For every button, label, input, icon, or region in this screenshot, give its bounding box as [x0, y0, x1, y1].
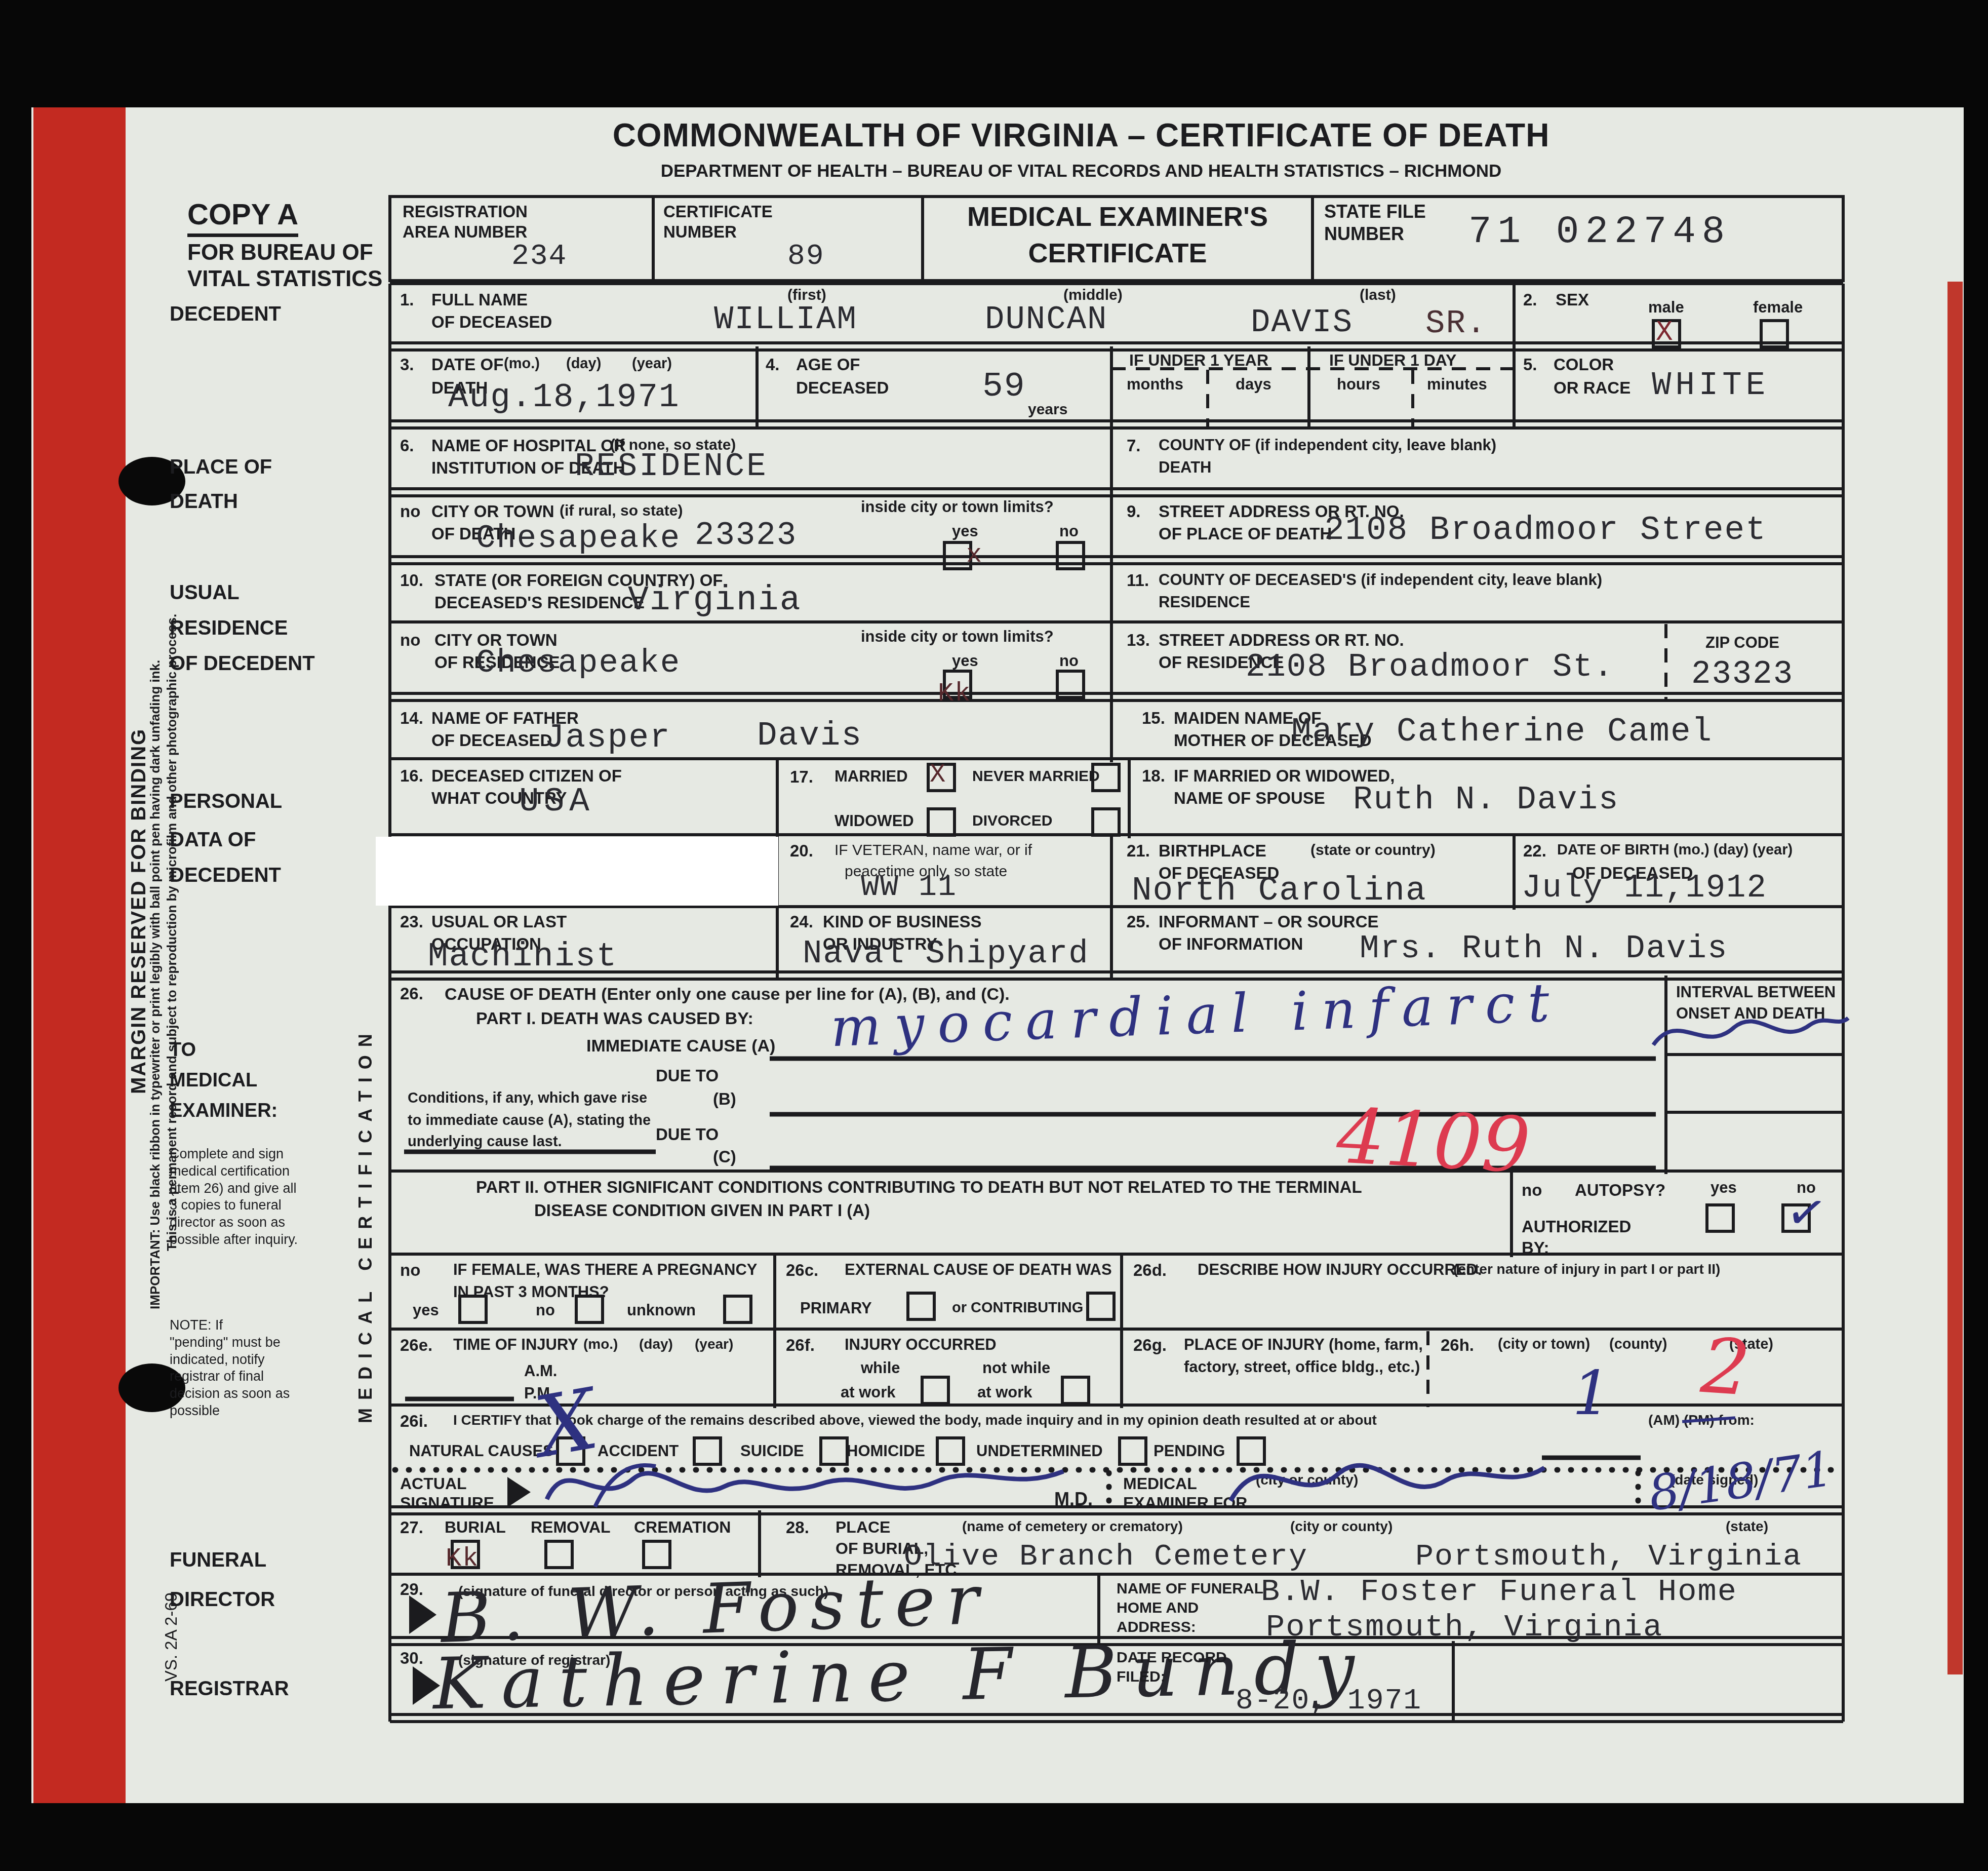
undetermined-checkbox [1118, 1436, 1147, 1466]
field7-label2: DEATH [1159, 459, 1211, 477]
field26h-city: (city or town) [1498, 1336, 1590, 1352]
field26b-label1: IF FEMALE, WAS THERE A PREGNANCY [453, 1261, 758, 1279]
field4-label1: AGE OF [796, 356, 860, 374]
field26f-label: INJURY OCCURRED [845, 1336, 997, 1354]
field26e-mo: (mo.) [583, 1336, 618, 1352]
field26b-number: no [400, 1261, 420, 1280]
burial-state-heading: (state) [1726, 1518, 1768, 1534]
field8-number: no [400, 502, 420, 521]
burial-city-heading: (city or county) [1290, 1518, 1393, 1534]
field10-number: 10. [400, 571, 423, 590]
funeral-home-name: B.W. Foster Funeral Home [1261, 1576, 1737, 1608]
field26d-number: 26d. [1133, 1261, 1167, 1280]
citizen-of-value: USA [519, 785, 594, 818]
cremation-checkbox [642, 1540, 671, 1569]
middle-name-heading: (middle) [1063, 287, 1123, 304]
age-value: 59 [982, 370, 1026, 404]
cause-c-label: (C) [713, 1148, 736, 1166]
medical-label: MEDICAL [1123, 1475, 1197, 1493]
part2-heading1: PART II. OTHER SIGNIFICANT CONDITIONS CO… [476, 1178, 1362, 1197]
married-mark: X [930, 762, 946, 788]
signature-arrow-icon [507, 1477, 531, 1507]
redacted-field19 [376, 837, 778, 906]
field26a-number: no [1522, 1181, 1542, 1200]
pregnancy-unknown-checkbox [723, 1295, 752, 1324]
field13-label1: STREET ADDRESS OR RT. NO. [1159, 631, 1404, 650]
removal-checkbox [544, 1540, 574, 1569]
zip-code-value: 23323 [1691, 658, 1794, 691]
section-data-of: DATA OF [170, 829, 256, 851]
copy-a-label: COPY A [187, 199, 298, 237]
industry-value: Naval Shipyard [803, 938, 1089, 970]
certificate-number: 89 [787, 242, 825, 271]
field26f-number: 26f. [786, 1336, 815, 1355]
section-decedent: DECEDENT [170, 303, 281, 326]
field1-label2: OF DECEASED [431, 313, 552, 332]
removal-label: REMOVAL [531, 1518, 611, 1537]
funeral-home-label1: NAME OF FUNERAL [1117, 1580, 1263, 1597]
field11-label2: RESIDENCE [1159, 594, 1250, 611]
while-at-work-checkbox [921, 1376, 950, 1405]
medical-certification-vertical: MEDICAL CERTIFICATION [355, 1026, 376, 1423]
certificate-number-label2: NUMBER [663, 223, 737, 242]
field18-label2: NAME OF SPOUSE [1174, 789, 1325, 808]
field26h-handwriting: 2 [1699, 1328, 1753, 1407]
field24-number: 24. [790, 913, 813, 931]
while-at-work-label: at work [841, 1384, 896, 1401]
funeral-director-arrow-icon [409, 1595, 436, 1634]
field14-label2: OF DECEASED [431, 731, 552, 750]
last-name-value: DAVIS [1251, 307, 1353, 339]
female-label: female [1753, 299, 1803, 317]
registration-area-label2: AREA NUMBER [403, 223, 527, 242]
field8-label1: CITY OR TOWN [431, 502, 554, 521]
field6-number: 6. [400, 437, 414, 455]
pregnancy-no-checkbox [575, 1295, 604, 1324]
field27-number: 27. [400, 1518, 423, 1537]
cemetery-heading: (name of cemetery or crematory) [962, 1518, 1183, 1534]
field8-yes-mark: x [966, 542, 983, 568]
field26g-label2: factory, street, office bldg., etc.) [1184, 1358, 1420, 1376]
signature-label: SIGNATURE [400, 1494, 494, 1512]
section-to-medical: MEDICAL [170, 1070, 257, 1092]
mother-maiden-name-value: Mary Catherine Camel [1291, 715, 1713, 749]
conditions-line2: to immediate cause (A), stating the [408, 1112, 651, 1128]
section-usual: USUAL [170, 581, 240, 604]
pregnancy-yes-checkbox [458, 1295, 488, 1324]
autopsy-yes-checkbox [1705, 1203, 1735, 1233]
field12-yes-label: yes [952, 652, 978, 670]
section-of-decedent: OF DECEDENT [170, 652, 315, 675]
field11-number: 11. [1127, 571, 1149, 590]
informant-value: Mrs. Ruth N. Davis [1360, 933, 1728, 965]
natural-causes-label: NATURAL CAUSES [409, 1443, 553, 1460]
field26h-county: (county) [1609, 1336, 1667, 1352]
field25-number: 25. [1127, 913, 1150, 931]
primary-label: PRIMARY [800, 1300, 872, 1317]
field26e-day: (day) [639, 1336, 673, 1352]
field8-no-label: no [1059, 523, 1079, 540]
field25-label1: INFORMANT – OR SOURCE [1159, 913, 1379, 931]
md-label: M.D. [1054, 1489, 1093, 1509]
under-1-day-heading: IF UNDER 1 DAY [1329, 352, 1456, 370]
female-checkbox [1760, 319, 1789, 348]
months-label: months [1127, 376, 1183, 394]
field14-number: 14. [400, 709, 423, 728]
field26e-number: 26e. [400, 1336, 432, 1355]
father-last-value: Davis [757, 719, 862, 753]
under-1-year-heading: IF UNDER 1 YEAR [1129, 352, 1268, 370]
primary-checkbox [906, 1292, 936, 1321]
suffix-value: SR. [1425, 308, 1487, 340]
city-of-residence-value: Chesapeake [476, 647, 681, 680]
cause-b-label: (B) [713, 1090, 736, 1109]
field16-number: 16. [400, 767, 423, 786]
hospital-value: RESIDENCE [575, 451, 768, 483]
field3-label1: DATE OF [431, 356, 503, 374]
field26c-label: EXTERNAL CAUSE OF DEATH WAS [845, 1261, 1112, 1279]
field12-number: no [400, 631, 420, 650]
field21-number: 21. [1127, 842, 1150, 861]
field3-year-heading: (year) [632, 356, 672, 372]
examiner-for-handwriting [1223, 1437, 1552, 1516]
field17-number: 17. [790, 768, 813, 787]
death-time-handwriting: 1 [1572, 1363, 1611, 1424]
divorced-checkbox [1091, 807, 1121, 837]
section-to: TO [170, 1039, 196, 1061]
burial-mark: Kk [446, 1546, 479, 1572]
field28-label1: PLACE [836, 1518, 890, 1537]
field26g-number: 26g. [1133, 1336, 1167, 1355]
field9-number: 9. [1127, 502, 1141, 521]
registration-area-label1: REGISTRATION [403, 203, 528, 221]
field24-label1: KIND OF BUSINESS [823, 913, 982, 931]
section-registrar: REGISTRAR [170, 1678, 289, 1700]
never-married-label: NEVER MARRIED [972, 768, 1100, 785]
field7-number: 7. [1127, 437, 1141, 455]
last-name-heading: (last) [1360, 287, 1396, 304]
burial-city-value: Portsmouth, [1415, 1542, 1627, 1572]
field4-number: 4. [766, 356, 780, 374]
medical-examiner-signature [534, 1444, 1076, 1514]
field12-limits-label: inside city or town limits? [861, 628, 1054, 646]
veteran-value: WW 11 [861, 872, 957, 903]
part1-heading: PART I. DEATH WAS CAUSED BY: [476, 1009, 753, 1028]
pregnancy-yes-label: yes [413, 1302, 439, 1319]
field18-number: 18. [1142, 767, 1165, 786]
registration-area-number: 234 [511, 242, 567, 271]
to-examiner-note: Complete and sign medical certification … [170, 1146, 298, 1249]
field23-number: 23. [400, 913, 423, 931]
field5-label1: COLOR [1554, 356, 1614, 374]
city-of-death-value: Chesapeake [476, 523, 681, 555]
autopsy-yes-label: yes [1711, 1179, 1737, 1197]
married-label: MARRIED [834, 768, 908, 786]
race-value: WHITE [1652, 370, 1769, 402]
funeral-home-label2: HOME AND [1117, 1600, 1199, 1617]
field9-label2: OF PLACE OF DEATH [1159, 525, 1332, 543]
field12-no-label: no [1059, 652, 1079, 670]
field1-number: 1. [400, 291, 414, 309]
field11-label1: COUNTY OF DECEASED'S (if independent cit… [1159, 571, 1602, 589]
middle-name-value: DUNCAN [985, 304, 1107, 336]
first-name-value: WILLIAM [714, 304, 857, 336]
scanned-death-certificate: { "colors":{"paper":"#e6e9e3","binding_r… [0, 0, 1988, 1871]
burial-label: BURIAL [445, 1518, 506, 1537]
field22-label1: DATE OF BIRTH (mo.) (day) (year) [1557, 842, 1793, 858]
field25-label2: OF INFORMATION [1159, 935, 1303, 954]
field4-label2: DECEASED [796, 379, 889, 398]
field3-day-heading: (day) [566, 356, 601, 372]
age-years-label: years [1028, 401, 1067, 418]
field21-note: (state or country) [1310, 842, 1436, 859]
field26e-label: TIME OF INJURY [453, 1336, 578, 1354]
state-file-number: 71 022748 [1468, 213, 1731, 251]
field2-number: 2. [1523, 291, 1537, 309]
field20-label1: IF VETERAN, name war, or if [834, 842, 1032, 859]
due-to-label2: DUE TO [656, 1125, 719, 1144]
widowed-checkbox [927, 807, 956, 837]
conditions-line1: Conditions, if any, which gave rise [408, 1090, 647, 1106]
contributing-label: or CONTRIBUTING [952, 1300, 1083, 1316]
autopsy-label: AUTOPSY? [1575, 1181, 1665, 1200]
pregnancy-unknown-label: unknown [627, 1302, 696, 1319]
minutes-label: minutes [1427, 376, 1487, 394]
spouse-name-value: Ruth N. Davis [1353, 784, 1619, 816]
field20-number: 20. [790, 842, 813, 861]
hours-label: hours [1337, 376, 1380, 394]
while-label: while [861, 1359, 900, 1377]
section-decedent2: DECEDENT [170, 864, 281, 887]
date-filed-label2: FILED: [1117, 1668, 1166, 1686]
certificate-subtitle: DEPARTMENT OF HEALTH – BUREAU OF VITAL R… [473, 161, 1689, 181]
field10-label2: DECEASED'S RESIDENCE [434, 594, 645, 612]
date-of-death-value: Aug.18,1971 [448, 381, 680, 414]
immediate-cause-label: IMMEDIATE CAUSE (A) [586, 1036, 775, 1056]
field26d-note: (enter nature of injury in part I or par… [1453, 1261, 1720, 1277]
field2-label: SEX [1556, 291, 1589, 309]
field5-number: 5. [1523, 356, 1537, 374]
field26c-number: 26c. [786, 1261, 818, 1280]
not-at-work-label: at work [977, 1384, 1032, 1401]
first-name-heading: (first) [787, 287, 826, 304]
date-filed-value: 8-20, 1971 [1236, 1687, 1422, 1716]
father-first-value: Jasper [544, 721, 671, 755]
state-file-label2: NUMBER [1324, 224, 1404, 244]
pending-label: PENDING [1154, 1443, 1225, 1460]
field26i-number: 26i. [400, 1412, 428, 1431]
authorized-label: AUTHORIZED [1522, 1218, 1631, 1236]
copy-for-line1: FOR BUREAU OF [187, 240, 373, 265]
copy-for-line2: VITAL STATISTICS [187, 266, 382, 291]
burial-state-value: Virginia [1648, 1542, 1802, 1572]
pending-note: NOTE: If "pending" must be indicated, no… [170, 1317, 290, 1420]
field30-number: 30. [400, 1649, 423, 1668]
field26-number: 26. [400, 985, 423, 1003]
field12-no-checkbox [1056, 670, 1085, 699]
section-residence: RESIDENCE [170, 617, 288, 640]
contributing-checkbox [1086, 1292, 1116, 1321]
not-at-work-checkbox [1061, 1376, 1090, 1405]
birthplace-value: North Carolina [1132, 874, 1427, 908]
cause-code-handwriting: 4109 [1335, 1098, 1532, 1184]
male-checkbox-mark: X [1656, 318, 1674, 346]
zip-code-label: ZIP CODE [1705, 634, 1779, 652]
section-director: DIRECTOR [170, 1588, 275, 1611]
medical-examiners-label1: MEDICAL EXAMINER'S [923, 202, 1313, 232]
field26h-number: 26h. [1441, 1336, 1474, 1355]
section-place-death: DEATH [170, 490, 238, 513]
city-of-death-zip: 23323 [695, 520, 797, 552]
days-label: days [1236, 376, 1271, 394]
state-file-label1: STATE FILE [1324, 202, 1426, 222]
divorced-label: DIVORCED [972, 812, 1052, 830]
medical-examiners-label2: CERTIFICATE [923, 238, 1313, 268]
interval-handwriting-squiggle [1648, 997, 1851, 1058]
not-while-label: not while [982, 1359, 1050, 1377]
occupation-value: Machinist [428, 940, 617, 973]
field12-yes-mark: Kk [938, 681, 971, 707]
authorized-by-label: BY: [1522, 1239, 1549, 1258]
section-place-of: PLACE OF [170, 456, 272, 479]
field13-number: 13. [1127, 631, 1150, 650]
field21-label1: BIRTHPLACE [1159, 842, 1266, 861]
place-of-death-address: 2108 Broadmoor Street [1324, 514, 1767, 547]
margin-important-text: IMPORTANT: Use black ribbon in typewrite… [148, 660, 163, 1309]
certificate-number-label1: CERTIFICATE [663, 203, 773, 221]
field3-number: 3. [400, 356, 414, 374]
pregnancy-no-label: no [536, 1302, 555, 1319]
field26e-year: (year) [695, 1336, 733, 1352]
field3-mo-heading: (mo.) [504, 356, 540, 372]
actual-label: ACTUAL [400, 1475, 467, 1493]
field8-note: (if rural, so state) [560, 502, 683, 520]
due-to-label1: DUE TO [656, 1067, 719, 1085]
field7-label1: COUNTY OF (if independent city, leave bl… [1159, 437, 1496, 454]
field23-label1: USUAL OR LAST [431, 913, 567, 931]
field22-number: 22. [1523, 842, 1546, 861]
state-of-residence-value: Virginia [628, 583, 801, 618]
section-funeral: FUNERAL [170, 1549, 266, 1572]
section-personal: PERSONAL [170, 790, 282, 813]
cremation-label: CREMATION [634, 1518, 731, 1537]
field8-no-checkbox [1056, 541, 1085, 570]
conditions-line3: underlying cause last. [408, 1134, 562, 1150]
residence-address-value: 2108 Broadmoor St. [1246, 651, 1614, 684]
certificate-title: COMMONWEALTH OF VIRGINIA – CERTIFICATE O… [473, 118, 1689, 154]
part2-heading2: DISEASE CONDITION GIVEN IN PART I (A) [534, 1201, 870, 1220]
widowed-label: WIDOWED [834, 812, 914, 830]
field26d-label: DESCRIBE HOW INJURY OCCURRED. [1198, 1261, 1482, 1279]
field15-number: 15. [1142, 709, 1165, 728]
field1-label1: FULL NAME [431, 291, 528, 309]
date-of-birth-value: July 11,1912 [1522, 872, 1767, 905]
field28-number: 28. [786, 1518, 809, 1537]
registrar-signature: Katherine F Bundy [432, 1627, 1371, 1726]
male-label: male [1648, 299, 1684, 317]
field5-label2: OR RACE [1554, 379, 1631, 398]
field8-yes-label: yes [952, 523, 978, 540]
never-married-checkbox [1091, 763, 1121, 792]
date-filed-label1: DATE RECORD [1117, 1649, 1227, 1666]
field8-limits-label: inside city or town limits? [861, 498, 1054, 516]
section-to-examiner: EXAMINER: [170, 1100, 277, 1122]
field26g-label1: PLACE OF INJURY (home, farm, [1184, 1336, 1423, 1354]
